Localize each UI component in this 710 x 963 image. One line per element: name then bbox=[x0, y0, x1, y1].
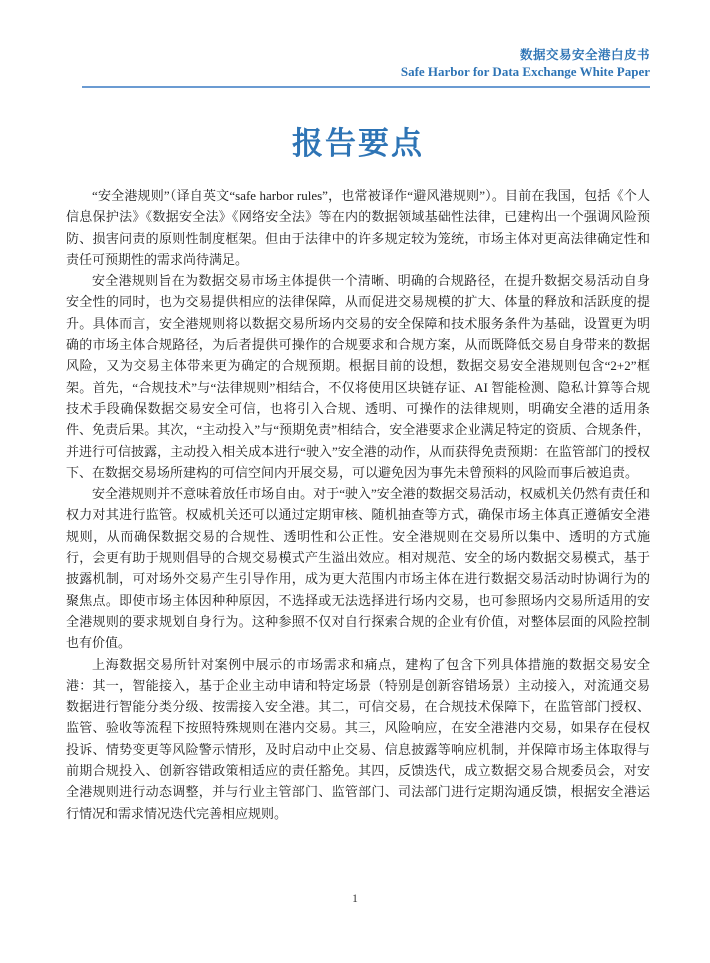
body-paragraph-3: 安全港规则并不意味着放任市场自由。对于“驶入”安全港的数据交易活动，权威机关仍然… bbox=[66, 483, 650, 653]
document-body: “安全港规则”（译自英文“safe harbor rules”，也常被译作“避风… bbox=[66, 185, 650, 824]
page-title: 报告要点 bbox=[66, 124, 650, 164]
page-header: 数据交易安全港白皮书 Safe Harbor for Data Exchange… bbox=[66, 48, 650, 88]
body-paragraph-1: “安全港规则”（译自英文“safe harbor rules”，也常被译作“避风… bbox=[66, 185, 650, 270]
header-title-chinese: 数据交易安全港白皮书 bbox=[66, 48, 650, 63]
header-divider-rule bbox=[82, 86, 650, 88]
body-paragraph-4: 上海数据交易所针对案例中展示的市场需求和痛点，建构了包含下列具体措施的数据交易安… bbox=[66, 654, 650, 824]
header-title-english: Safe Harbor for Data Exchange White Pape… bbox=[66, 63, 650, 80]
page-number: 1 bbox=[0, 893, 710, 905]
body-paragraph-2: 安全港规则旨在为数据交易市场主体提供一个清晰、明确的合规路径，在提升数据交易活动… bbox=[66, 270, 650, 483]
document-page: 数据交易安全港白皮书 Safe Harbor for Data Exchange… bbox=[0, 0, 710, 963]
